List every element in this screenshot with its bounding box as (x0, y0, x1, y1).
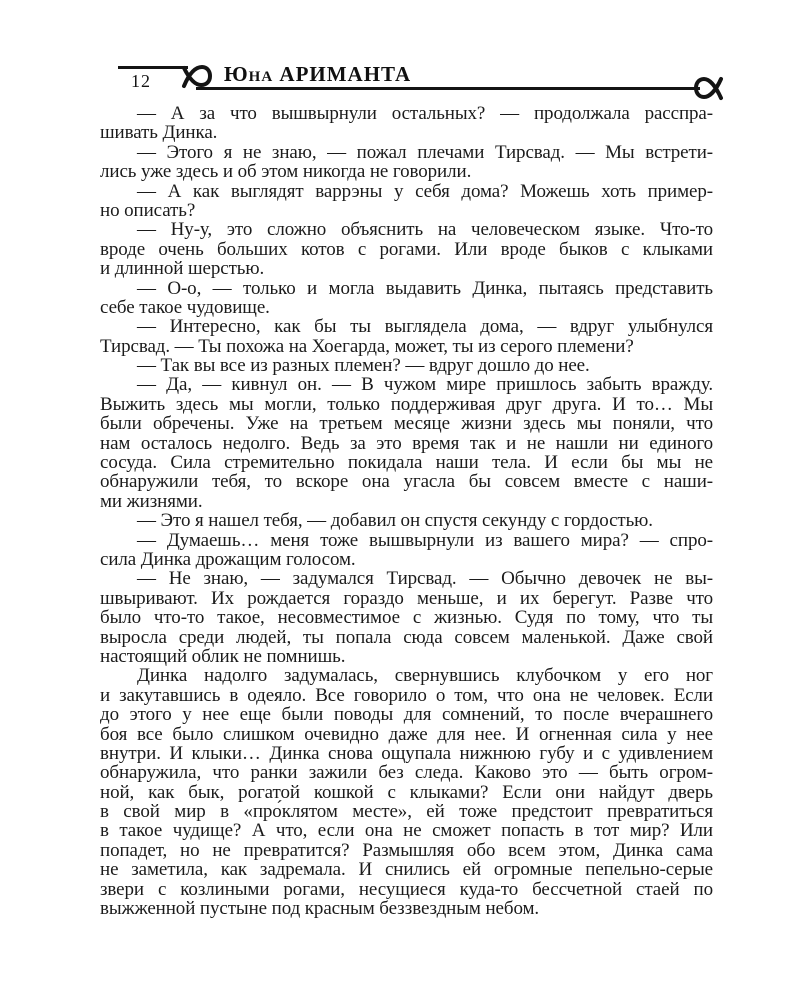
text-line: — А за что вышвырнули остальных? — продо… (100, 104, 713, 123)
paragraph: — Это я нашел тебя, — добавил он спустя … (100, 511, 713, 530)
text-line: и закутавшись в одеяло. Все говорило о т… (100, 686, 713, 705)
text-line: в свой мир в «про́клятом месте», ей тоже… (100, 802, 713, 821)
paragraph: — О-о, — только и могла выдавить Динка, … (100, 279, 713, 318)
text-line: не заметила, как задремала. И снились ей… (100, 860, 713, 879)
text-line: Тирсвад. — Ты похожа на Хоегарда, может,… (100, 337, 713, 356)
text-line: — Так вы все из разных племен? — вдруг д… (100, 356, 713, 375)
header-rule (196, 87, 700, 90)
text-line: были обречены. Уже на третьем месяце жиз… (100, 414, 713, 433)
knot-ornament-right-icon (694, 75, 724, 103)
page-number: 12 (131, 71, 151, 92)
text-line: — А как выглядят варрэны у себя дома? Мо… (100, 182, 713, 201)
page-header: 12 Юна АРИМАНТА (0, 0, 800, 110)
text-line: звери с козлиными рогами, несущиеся куда… (100, 880, 713, 899)
text-line: выросла среди людей, ты попала сюда совс… (100, 628, 713, 647)
text-line: ми жизнями. (100, 492, 713, 511)
page-body: — А за что вышвырнули остальных? — продо… (100, 104, 713, 918)
text-line: себе такое чудовище. (100, 298, 713, 317)
text-line: и длинной шерстью. (100, 259, 713, 278)
text-line: — Ну-у, это сложно объяснить на человече… (100, 220, 713, 239)
author-last-name: АРИМАНТА (279, 62, 411, 86)
text-line: боя все было слишком очевидно даже для н… (100, 725, 713, 744)
text-line: обнаружила, что ранки зажили без следа. … (100, 763, 713, 782)
paragraph: — Ну-у, это сложно объяснить на человече… (100, 220, 713, 278)
text-line: лись уже здесь и об этом никогда не гово… (100, 162, 713, 181)
text-line: швыривают. Их рождается гораздо меньше, … (100, 589, 713, 608)
text-line: Динка надолго задумалась, свернувшись кл… (100, 666, 713, 685)
text-line: вроде очень больших котов с рогами. Или … (100, 240, 713, 259)
book-page: 12 Юна АРИМАНТА — А за что вышвырнули ос… (0, 0, 800, 1000)
paragraph: Динка надолго задумалась, свернувшись кл… (100, 666, 713, 918)
text-line: — Это я нашел тебя, — добавил он спустя … (100, 511, 713, 530)
text-line: — О-о, — только и могла выдавить Динка, … (100, 279, 713, 298)
text-line: до этого у нее еще были поводы для сомне… (100, 705, 713, 724)
text-line: но описать? (100, 201, 713, 220)
paragraph: — А за что вышвырнули остальных? — продо… (100, 104, 713, 143)
text-line: попадет, но не превратится? Размышляя об… (100, 841, 713, 860)
author-first-name: Юна (224, 62, 273, 86)
text-line: — Думаешь… меня тоже вышвырнули из вашег… (100, 531, 713, 550)
paragraph: — Этого я не знаю, — пожал плечами Тирсв… (100, 143, 713, 182)
paragraph: — Так вы все из разных племен? — вдруг д… (100, 356, 713, 375)
running-head-title: Юна АРИМАНТА (224, 62, 411, 87)
text-line: сила Динка дрожащим голосом. (100, 550, 713, 569)
text-line: сосуда. Сила стремительно покидала наши … (100, 453, 713, 472)
text-line: ной, как бык, рогатой кошкой с клыками? … (100, 783, 713, 802)
text-line: было что-то такое, несовместимое с жизнь… (100, 608, 713, 627)
text-line: в такое чудище? А что, если она не сможе… (100, 821, 713, 840)
text-line: выжженной пустыне под красным беззвездны… (100, 899, 713, 918)
text-line: — Этого я не знаю, — пожал плечами Тирсв… (100, 143, 713, 162)
text-line: Выжить здесь мы могли, только поддержива… (100, 395, 713, 414)
text-line: шивать Динка. (100, 123, 713, 142)
text-line: — Да, — кивнул он. — В чужом мире пришло… (100, 375, 713, 394)
paragraph: — Да, — кивнул он. — В чужом мире пришло… (100, 375, 713, 511)
text-line: внутри. И клыки… Динка снова ощупала ниж… (100, 744, 713, 763)
text-line: настоящий облик не помнишь. (100, 647, 713, 666)
paragraph: — Не знаю, — задумался Тирсвад. — Обычно… (100, 569, 713, 666)
paragraph: — Думаешь… меня тоже вышвырнули из вашег… (100, 531, 713, 570)
paragraph: — А как выглядят варрэны у себя дома? Мо… (100, 182, 713, 221)
text-line: нам осталось недолго. Ведь за это время … (100, 434, 713, 453)
paragraph: — Интересно, как бы ты выглядела дома, —… (100, 317, 713, 356)
knot-ornament-left-icon (180, 62, 214, 96)
text-line: — Не знаю, — задумался Тирсвад. — Обычно… (100, 569, 713, 588)
text-line: обнаружили тебя, то вскоре она угасла бы… (100, 472, 713, 491)
text-line: — Интересно, как бы ты выглядела дома, —… (100, 317, 713, 336)
header-top-rule (118, 66, 188, 69)
